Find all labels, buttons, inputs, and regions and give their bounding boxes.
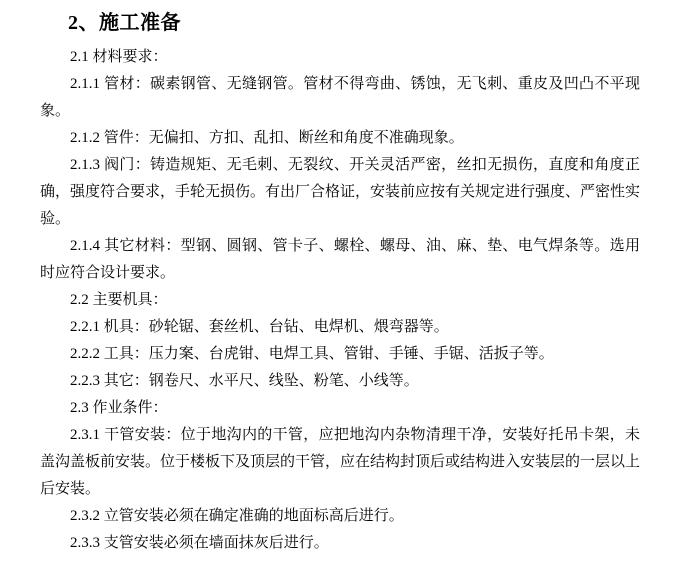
section-heading: 2、施工准备: [40, 8, 640, 38]
para-2-3-3: 2.3.3 支管安装必须在墙面抹灰后进行。: [40, 530, 640, 557]
para-2-1-3: 2.1.3 阀门：铸造规矩、无毛刺、无裂纹、开关灵活严密，丝扣无损伤，直度和角度…: [40, 152, 640, 233]
para-2-2: 2.2 主要机具：: [40, 287, 640, 314]
para-2-1-2: 2.1.2 管件：无偏扣、方扣、乱扣、断丝和角度不准确现象。: [40, 125, 640, 152]
para-2-3: 2.3 作业条件：: [40, 395, 640, 422]
para-2-2-1: 2.2.1 机具：砂轮锯、套丝机、台钻、电焊机、煨弯器等。: [40, 314, 640, 341]
document-body: 2.1 材料要求： 2.1.1 管材：碳素钢管、无缝钢管。管材不得弯曲、锈蚀，无…: [40, 44, 640, 557]
para-2-3-2: 2.3.2 立管安装必须在确定准确的地面标高后进行。: [40, 503, 640, 530]
para-2-1-1: 2.1.1 管材：碳素钢管、无缝钢管。管材不得弯曲、锈蚀，无飞刺、重皮及凹凸不平…: [40, 71, 640, 125]
para-2-1: 2.1 材料要求：: [40, 44, 640, 71]
para-2-1-4: 2.1.4 其它材料：型钢、圆钢、管卡子、螺栓、螺母、油、麻、垫、电气焊条等。选…: [40, 233, 640, 287]
para-2-2-3: 2.2.3 其它：钢卷尺、水平尺、线坠、粉笔、小线等。: [40, 368, 640, 395]
para-2-3-1: 2.3.1 干管安装：位于地沟内的干管，应把地沟内杂物清理干净，安装好托吊卡架，…: [40, 422, 640, 503]
document-page: 2、施工准备 2.1 材料要求： 2.1.1 管材：碳素钢管、无缝钢管。管材不得…: [0, 0, 677, 561]
para-2-2-2: 2.2.2 工具：压力案、台虎钳、电焊工具、管钳、手锤、手锯、活扳子等。: [40, 341, 640, 368]
